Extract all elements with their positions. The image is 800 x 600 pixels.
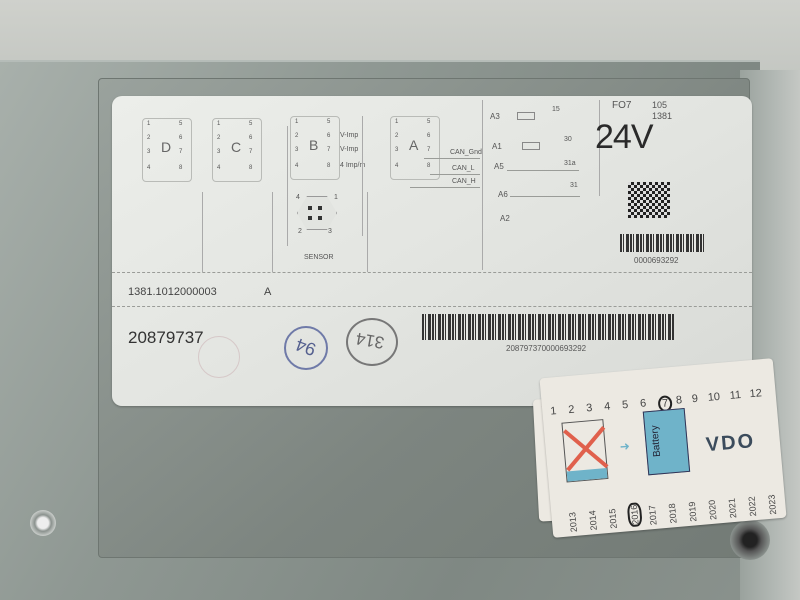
voltage-rating: 24V [595,118,653,157]
pin-label: 6 [179,135,182,141]
year-label-circled: 2016 [627,502,643,527]
year-label: 2023 [767,494,779,515]
sensor-pin-label: 4 [296,194,300,201]
year-label: 2022 [747,496,759,517]
stamp-text: 94 [293,333,319,360]
screw-right [730,520,770,560]
pin-label: 3 [395,147,398,153]
year-label: 2021 [727,498,739,519]
pin-label: 6 [327,133,330,139]
serial-number: 20879737 [128,328,204,348]
year-label: 2014 [587,510,599,531]
section-divider [202,192,203,272]
pin-label: 5 [249,121,252,127]
pin-label: 5 [179,121,182,127]
terminal-a1-value: 30 [564,136,572,143]
year-label: 2013 [567,512,579,533]
month-label: 9 [691,393,698,405]
can-wire [430,174,480,175]
sensor-pin [308,206,312,210]
pin-label: 4 [395,163,398,169]
pin-label: 6 [427,133,430,139]
sensor-pin-label: 2 [298,228,302,235]
year-label: 2019 [687,501,699,522]
pin-label: 3 [217,149,220,155]
connector-letter: C [231,139,241,155]
signal-can-h: CAN_H [452,178,476,185]
pin-label: 2 [395,133,398,139]
dashed-divider [112,272,752,273]
datamatrix-code [628,182,670,218]
pin-label: 4 [295,163,298,169]
terminal-wire [507,170,579,171]
pin-label: 1 [147,121,150,127]
code-1381: 1381 [652,111,672,121]
month-label: 5 [622,399,629,411]
year-label: 2020 [707,499,719,520]
signal-v-imp-1: V-Imp [340,132,358,139]
pin-label: 2 [147,135,150,141]
part-number: 1381.1012000003 [128,286,217,298]
signal-can-l: CAN_L [452,165,475,172]
month-label: 8 [675,394,682,406]
pin-label: 8 [249,165,252,171]
month-label: 6 [640,397,647,409]
brand-logo: VDO [705,430,756,457]
month-label: 3 [586,402,593,414]
pin-label: 4 [147,165,150,171]
connector-letter: A [409,137,418,153]
pin-label: 4 [217,165,220,171]
year-label: 2015 [607,508,619,529]
pin-label: 1 [395,119,398,125]
wiring-label: D 1 5 2 6 3 7 4 8 C 1 5 2 6 3 7 4 8 B 1 … [112,96,752,406]
small-barcode-number: 0000693292 [634,256,679,265]
month-label: 1 [550,405,557,417]
battery-date-sticker: 1 2 3 4 5 6 7 8 9 10 11 12 ➜ Battery VDO… [539,358,786,538]
connector-d: D 1 5 2 6 3 7 4 8 [142,118,192,182]
connector-a: A 1 5 2 6 3 7 4 8 [390,116,440,180]
stamp-text: 314 [354,328,385,353]
sensor-wire [287,126,288,246]
terminal-a1: A1 [492,142,502,151]
year-label: 2017 [647,505,659,526]
pin-label: 3 [295,147,298,153]
fuse-symbol [522,142,540,150]
month-label: 12 [749,387,762,400]
new-battery-icon: Battery [643,408,690,475]
terminal-divider [482,100,483,270]
stamp-94: 94 [284,326,328,370]
terminal-a5: A5 [494,162,504,171]
pin-label: 7 [179,149,182,155]
terminal-wire [510,196,580,197]
can-wire [410,187,480,188]
code-105: 105 [652,100,667,110]
month-label: 2 [568,404,575,416]
pin-label: 2 [295,133,298,139]
pin-label: 7 [249,149,252,155]
terminal-a6: A6 [498,190,508,199]
signal-v-imp-2: V-Imp [340,146,358,153]
section-divider [272,192,273,272]
arrow-icon: ➜ [619,439,630,454]
main-barcode [422,314,674,340]
terminal-a3: A3 [490,112,500,121]
part-revision: A [264,286,271,298]
pin-label: 7 [427,147,430,153]
sensor-label: SENSOR [304,254,334,261]
year-label: 2018 [667,503,679,524]
connector-b: B 1 5 2 6 3 7 4 8 [290,116,340,180]
sensor-wire [362,116,363,236]
pin-label: 3 [147,149,150,155]
fuse-symbol [517,112,535,120]
sensor-pin [308,216,312,220]
faint-stamp [198,336,240,378]
connector-c: C 1 5 2 6 3 7 4 8 [212,118,262,182]
pin-label: 8 [327,163,330,169]
pin-label: 1 [217,121,220,127]
connector-letter: B [309,137,318,153]
pin-label: 8 [427,163,430,169]
terminal-a5-value: 31a [564,160,576,167]
stamp-314: 314 [346,318,398,366]
dashed-divider [112,306,752,307]
pin-label: 8 [179,165,182,171]
main-barcode-number: 208797370000693292 [506,344,586,353]
sensor-connector [297,196,337,230]
battery-fill [567,468,608,481]
month-label: 11 [729,389,741,402]
pin-label: 2 [217,135,220,141]
sensor-pin [318,216,322,220]
small-barcode [620,234,704,252]
terminal-a6-value: 31 [570,182,578,189]
pin-label: 7 [327,147,330,153]
signal-can-gnd: CAN_Gnd [450,149,482,156]
month-label: 4 [604,400,611,412]
pin-label: 5 [327,119,330,125]
can-wire [424,158,480,159]
pin-label: 6 [249,135,252,141]
section-divider [367,192,368,272]
fo-code: FO7 [612,100,631,111]
sensor-pin [318,206,322,210]
screw-left [30,510,56,536]
terminal-a2: A2 [500,214,510,223]
connector-letter: D [161,139,171,155]
sensor-pin-label: 3 [328,228,332,235]
terminal-a3-value: 15 [552,106,560,113]
month-label: 10 [707,391,720,404]
pin-label: 5 [427,119,430,125]
sensor-pin-label: 1 [334,194,338,201]
pin-label: 1 [295,119,298,125]
battery-text: Battery [649,425,663,458]
